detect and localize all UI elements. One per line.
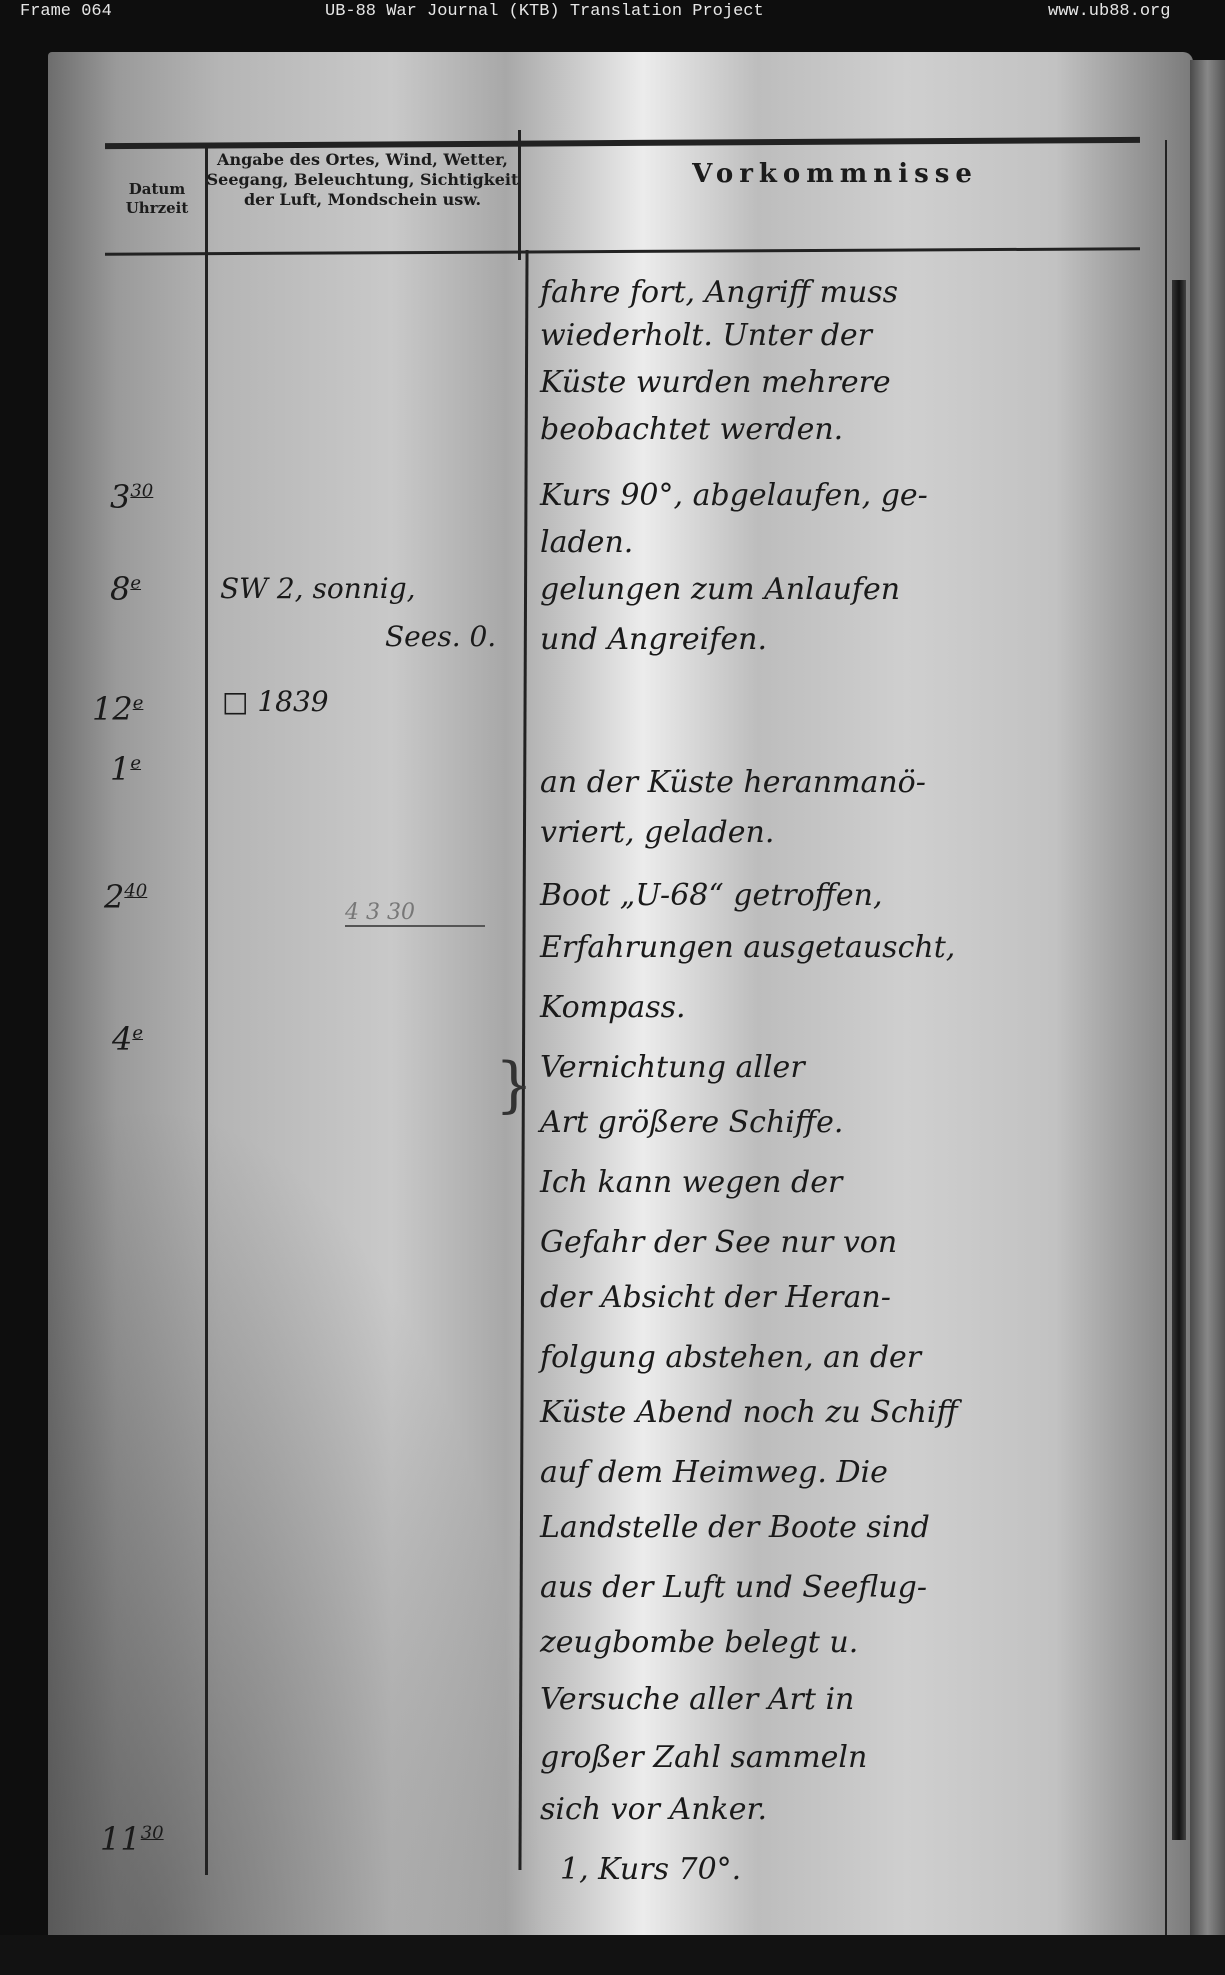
event-line: Küste wurden mehrere [540,365,891,400]
event-line: sich vor Anker. [540,1792,767,1827]
event-line: vriert, geladen. [540,815,774,850]
column-divider-1 [205,145,208,1875]
event-line: folgung abstehen, an der [540,1340,921,1375]
adjacent-page-edge [1190,60,1225,1940]
time-entry: 330 [110,478,153,516]
location-entry: SW 2, sonnig, [220,572,416,605]
header-ort-wetter: Angabe des Ortes, Wind, Wetter, Seegang,… [205,150,520,210]
header-vorkommnisse: Vorkommnisse [525,158,1145,191]
location-entry: □ 1839 [222,685,329,718]
event-line: fahre fort, Angriff muss [540,275,898,310]
event-line: laden. [540,525,633,560]
event-line: Vernichtung aller [540,1050,805,1085]
header-datum-uhrzeit: Datum Uhrzeit [112,180,202,218]
event-line: Kurs 90°, abgelaufen, ge- [540,478,928,513]
frame-header-bar: Frame 064 UB-88 War Journal (KTB) Transl… [0,0,1225,28]
time-entry: 12e [92,690,143,728]
book-spine [1172,280,1186,1840]
event-line: der Absicht der Heran- [540,1280,891,1315]
event-line: Küste Abend noch zu Schiff [540,1395,958,1430]
time-entry: 240 [104,878,147,916]
event-line: aus der Luft und Seeflug- [540,1570,927,1605]
event-line: Erfahrungen ausgetauscht, [540,930,955,965]
event-line: gelungen zum Anlaufen [540,572,900,607]
project-title: UB-88 War Journal (KTB) Translation Proj… [325,2,764,21]
frame-number: Frame 064 [20,2,112,21]
event-line: Landstelle der Boote sind [540,1510,930,1545]
time-entry: 8e [110,570,141,608]
event-line: Art größere Schiffe. [540,1105,843,1140]
event-line: zeugbombe belegt u. [540,1625,858,1660]
event-line: großer Zahl sammeln [540,1740,867,1775]
time-entry: 1130 [100,1820,164,1858]
event-line: 1, Kurs 70°. [560,1852,741,1887]
event-line: Ich kann wegen der [540,1165,842,1200]
time-entry: 4e [112,1020,143,1058]
film-bottom-edge [0,1935,1225,1975]
event-line: und Angreifen. [540,622,767,657]
location-entry: Sees. 0. [385,620,496,653]
event-line: Gefahr der See nur von [540,1225,897,1260]
website-url[interactable]: www.ub88.org [1048,2,1170,21]
event-line: Boot „U-68“ getroffen, [540,878,883,913]
time-entry: 1e [110,750,141,788]
right-margin-rule [1165,140,1167,1940]
event-line: Versuche aller Art in [540,1682,854,1717]
event-line: wiederholt. Unter der [540,318,872,353]
event-line: an der Küste heranmanö- [540,765,926,800]
event-line: Kompass. [540,990,686,1025]
event-line: beobachtet werden. [540,412,843,447]
brace-mark: } [495,1050,533,1120]
event-line: auf dem Heimweg. Die [540,1455,888,1490]
pencil-note: 4 3 30 [345,900,485,927]
